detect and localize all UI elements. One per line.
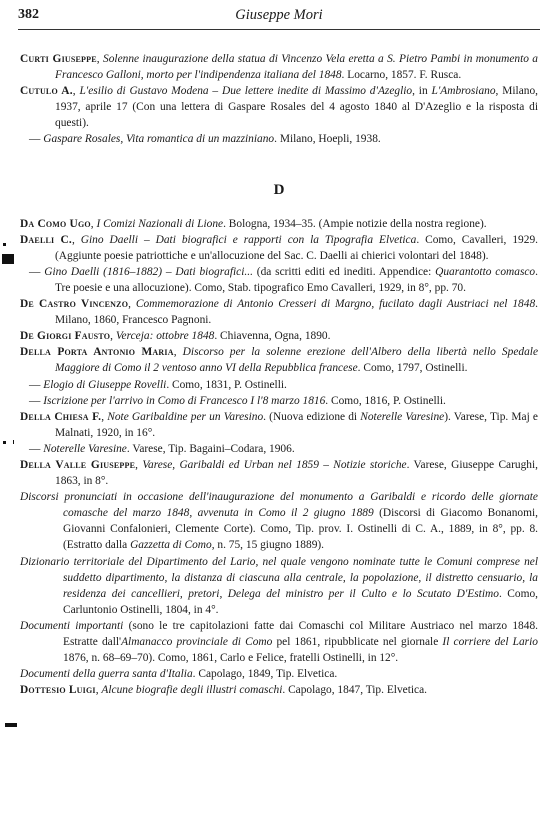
bib-entry: Della Valle Giuseppe, Varese, Garibaldi … bbox=[20, 457, 538, 489]
bib-entry: Della Porta Antonio Maria, Discorso per … bbox=[20, 344, 538, 376]
bib-entry: Dottesio Luigi, Alcune biografie degli i… bbox=[20, 682, 538, 698]
bib-entry: Da Como Ugo, I Comizi Nazionali di Lione… bbox=[20, 216, 538, 232]
bib-entry: — Gaspare Rosales, Vita romantica di un … bbox=[20, 131, 538, 147]
bib-entry: Cutulo A., L'esilio di Gustavo Modena – … bbox=[20, 83, 538, 131]
bib-entry: — Iscrizione per l'arrivo in Como di Fra… bbox=[20, 393, 538, 409]
page-header: 382 Giuseppe Mori bbox=[18, 5, 540, 29]
running-title: Giuseppe Mori bbox=[18, 7, 540, 24]
section-letter: D bbox=[20, 182, 538, 202]
bib-entry: Della Chiesa F., Note Garibaldine per un… bbox=[20, 409, 538, 441]
margin-mark bbox=[5, 723, 17, 727]
bib-entry: — Gino Daelli (1816–1882) – Dati biograf… bbox=[20, 264, 538, 296]
bibliography: Curti Giuseppe, Solenne inaugurazione de… bbox=[20, 51, 538, 698]
margin-mark bbox=[3, 441, 6, 444]
bib-entry: — Noterelle Varesine. Varese, Tip. Bagai… bbox=[20, 441, 538, 457]
bib-entry: Daelli C., Gino Daelli – Dati biografici… bbox=[20, 232, 538, 264]
bib-entry: Documenti della guerra santa d'Italia. C… bbox=[20, 666, 538, 682]
header-rule bbox=[18, 29, 540, 30]
bib-entry: Dizionario territoriale del Dipartimento… bbox=[20, 554, 538, 618]
bib-entry: Curti Giuseppe, Solenne inaugurazione de… bbox=[20, 51, 538, 83]
margin-mark bbox=[13, 440, 14, 444]
bib-entry: — Elogio di Giuseppe Rovelli. Como, 1831… bbox=[20, 377, 538, 393]
margin-mark bbox=[2, 254, 14, 264]
bib-entry: Discorsi pronunciati in occasione dell'i… bbox=[20, 489, 538, 553]
bib-entry: Documenti importanti (sono le tre capito… bbox=[20, 618, 538, 666]
bib-entry: De Giorgi Fausto, Verceja: ottobre 1848.… bbox=[20, 328, 538, 344]
margin-mark bbox=[3, 243, 6, 246]
bib-entry: De Castro Vincenzo, Commemorazione di An… bbox=[20, 296, 538, 328]
